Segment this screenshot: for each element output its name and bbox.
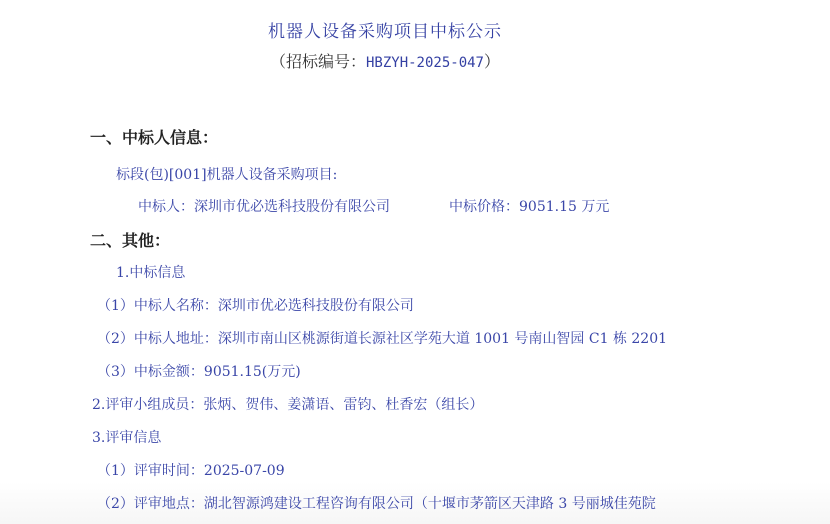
review-location: （2）评审地点：湖北智源鸿建设工程咨询有限公司（十堰市茅箭区天津路 3 号丽城佳… [97,495,656,513]
bid-number-suffix: ） [484,52,500,71]
section-heading-winner-info: 一、中标人信息： [90,128,218,148]
bid-number-prefix: （招标编号： [270,52,366,71]
review-panel-members: 2.评审小组成员：张炳、贺伟、姜潇语、雷钧、杜香宏（组长） [92,396,483,414]
section-heading-other: 二、其他： [90,231,170,251]
subsection-winning-info: 1.中标信息 [116,264,185,282]
winning-amount: （3）中标金额：9051.15(万元) [97,363,301,381]
subsection-review-info: 3.评审信息 [92,429,161,447]
winning-price: 中标价格：9051.15 万元 [449,198,609,216]
bid-number-line: （招标编号：HBZYH-2025-047） [0,51,770,74]
winner-name: 中标人：深圳市优必选科技股份有限公司 [138,198,390,216]
lot-title: 标段(包)[001]机器人设备采购项目: [116,166,337,184]
bid-number: HBZYH-2025-047 [366,55,484,71]
page-title: 机器人设备采购项目中标公示 [0,21,770,43]
winner-full-name: （1）中标人名称：深圳市优必选科技股份有限公司 [97,297,414,315]
document-page: 机器人设备采购项目中标公示 （招标编号：HBZYH-2025-047） 一、中标… [0,0,830,524]
winner-address: （2）中标人地址：深圳市南山区桃源街道长源社区学苑大道 1001 号南山智园 C… [97,330,667,348]
review-time: （1）评审时间：2025-07-09 [97,462,285,480]
